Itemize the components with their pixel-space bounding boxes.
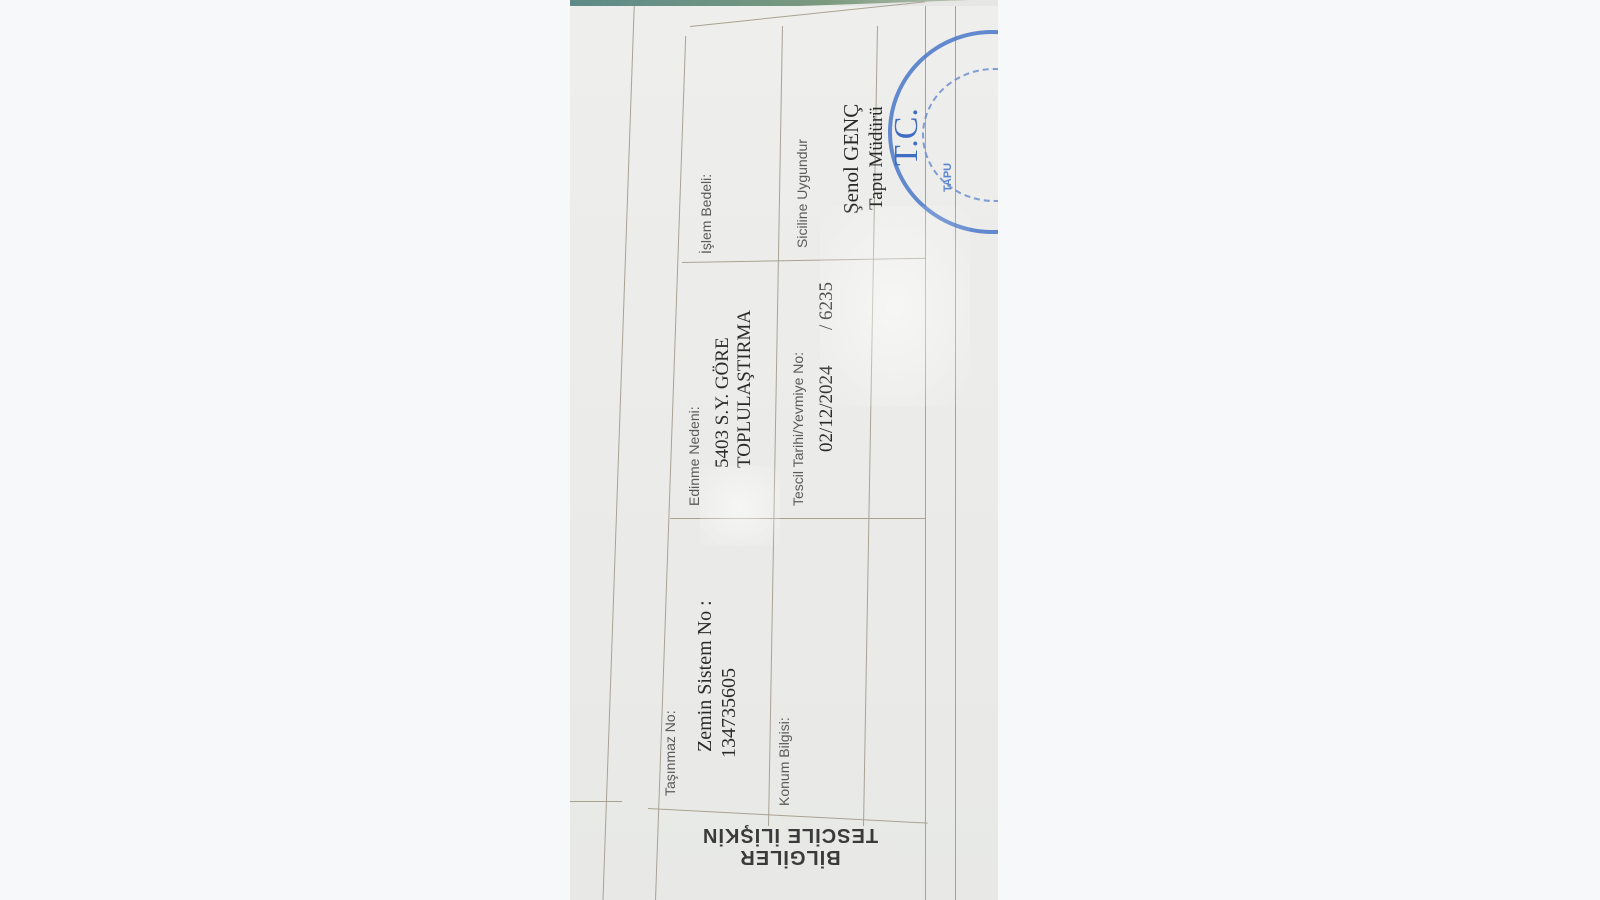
plastic-glare bbox=[700, 466, 780, 546]
siciline-uygundur-label: Siciline Uygundur bbox=[794, 139, 810, 248]
edinme-nedeni-line1: 5403 S.Y. GÖRE bbox=[712, 337, 734, 468]
frame-line-left bbox=[602, 6, 634, 900]
zemin-sistem-label: Zemin Sistem No : bbox=[694, 600, 716, 752]
plastic-glare bbox=[820, 206, 970, 406]
row-line-1 bbox=[690, 1, 925, 27]
row-line-left bbox=[570, 801, 622, 802]
signer-name: Şenol GENÇ bbox=[840, 104, 862, 214]
section-title-line2: BİLGİLER bbox=[690, 846, 890, 868]
signer-title: Tapu Müdürü bbox=[866, 106, 888, 210]
title-deed-paper: İşlem Bedeli: Siciline Uygundur Şenol GE… bbox=[570, 6, 998, 900]
tasinmaz-no-label: Taşınmaz No: bbox=[662, 710, 678, 796]
document-photo: İşlem Bedeli: Siciline Uygundur Şenol GE… bbox=[570, 0, 998, 900]
stamp-tc-text: T.C. bbox=[888, 108, 926, 166]
row-line-4 bbox=[648, 808, 928, 824]
tescil-tarihi-label: Tescil Tarihi/Yevmiye No: bbox=[790, 352, 806, 506]
stamp-inner-ring bbox=[922, 68, 998, 202]
stamp-ring-text: TAPU bbox=[942, 163, 954, 192]
konum-bilgisi-label: Konum Bilgisi: bbox=[776, 717, 792, 806]
column-line-1 bbox=[768, 26, 783, 826]
section-title-line1: TESCİLE İLİŞKİN bbox=[690, 824, 890, 846]
edinme-nedeni-line2: TOPLULAŞTIRMA bbox=[734, 310, 756, 468]
islem-bedeli-label: İşlem Bedeli: bbox=[698, 174, 714, 254]
zemin-sistem-no: 134735605 bbox=[718, 668, 740, 758]
section-title: BİLGİLER TESCİLE İLİŞKİN bbox=[690, 824, 890, 868]
